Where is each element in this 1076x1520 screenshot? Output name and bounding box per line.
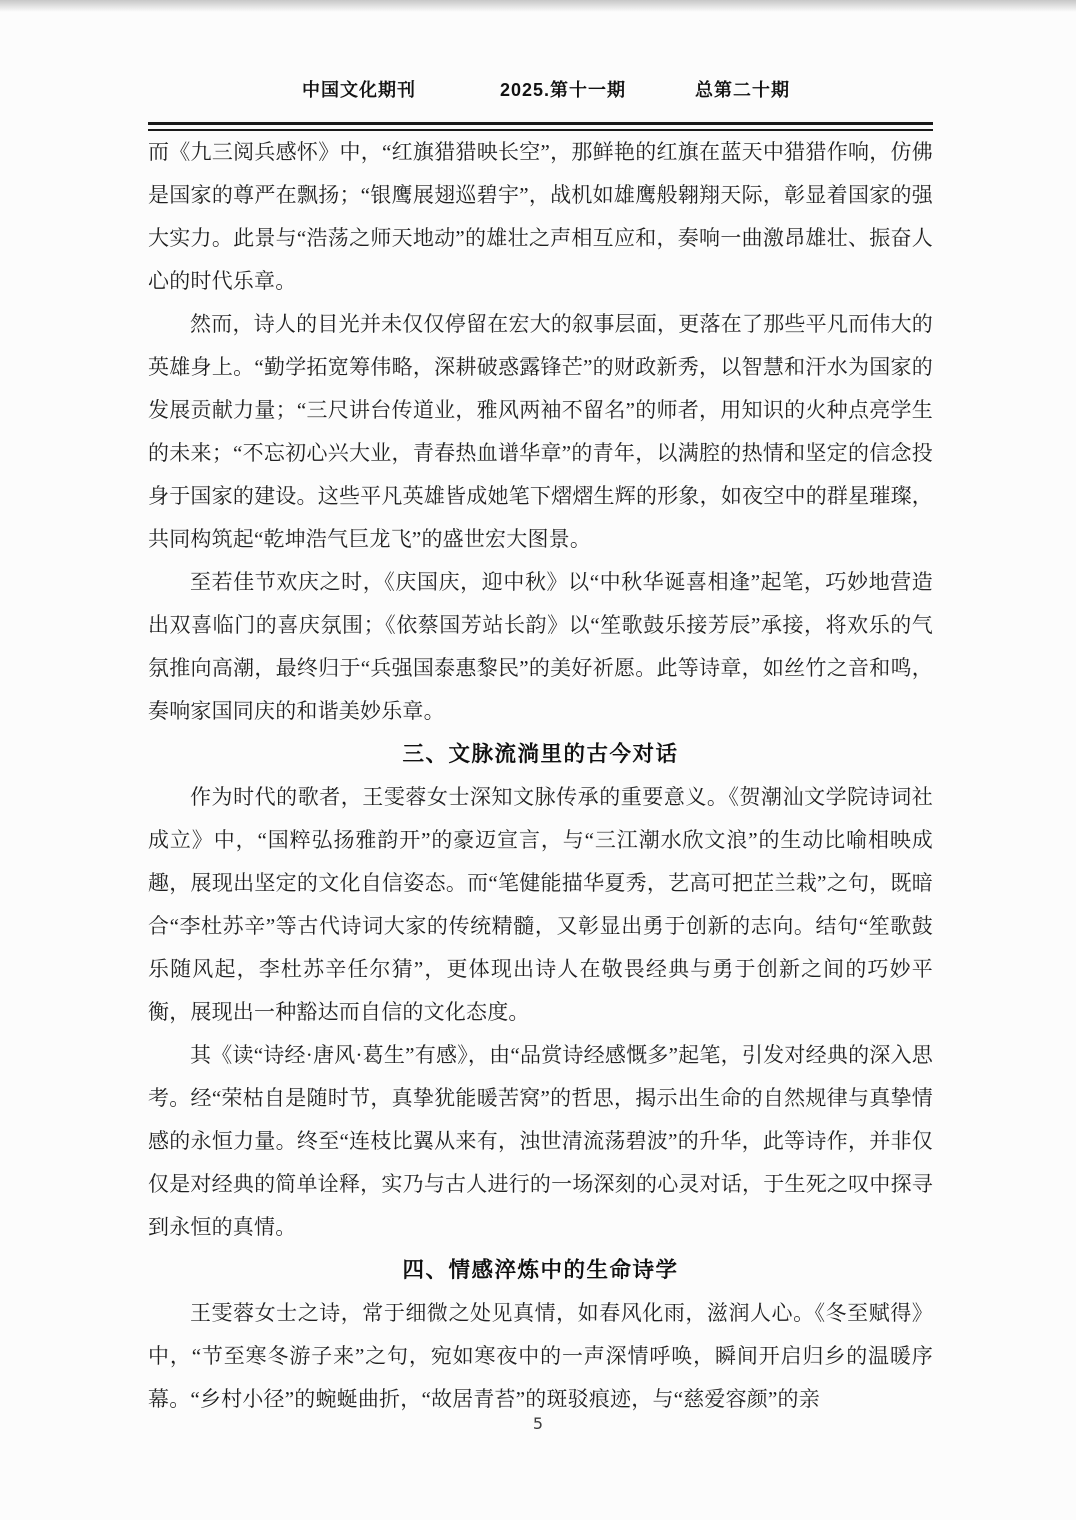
body-paragraph: 而《九三阅兵感怀》中，“红旗猎猎映长空”，那鲜艳的红旗在蓝天中猎猎作响，仿佛是国…	[148, 131, 933, 303]
volume-label: 总第二十期	[695, 76, 790, 102]
page-number: 5	[533, 1414, 543, 1433]
body-paragraph: 至若佳节欢庆之时，《庆国庆，迎中秋》以“中秋华诞喜相逢”起笔，巧妙地营造出双喜临…	[148, 561, 933, 733]
header-divider	[148, 122, 933, 131]
journal-title: 中国文化期刊	[302, 76, 416, 102]
body-paragraph: 作为时代的歌者，王雯蓉女士深知文脉传承的重要意义。《贺潮汕文学院诗词社成立》中，…	[148, 776, 933, 1034]
section-heading-four: 四、情感淬炼中的生命诗学	[148, 1249, 933, 1292]
section-heading-three: 三、文脉流淌里的古今对话	[148, 733, 933, 776]
photo-edge-strip	[0, 0, 1076, 12]
body-paragraph: 然而，诗人的目光并未仅仅停留在宏大的叙事层面，更落在了那些平凡而伟大的英雄身上。…	[148, 303, 933, 561]
body-paragraph: 王雯蓉女士之诗，常于细微之处见真情，如春风化雨，滋润人心。《冬至赋得》中，“节至…	[148, 1292, 933, 1421]
journal-page: 中国文化期刊 2025.第十一期 总第二十期 而《九三阅兵感怀》中，“红旗猎猎映…	[0, 0, 1076, 1520]
issue-label: 2025.第十一期	[500, 76, 626, 102]
body-paragraph: 其《读“诗经·唐风·葛生”有感》，由“品赏诗经感慨多”起笔，引发对经典的深入思考…	[148, 1034, 933, 1249]
journal-header: 中国文化期刊 2025.第十一期 总第二十期	[148, 76, 933, 106]
article-body: 而《九三阅兵感怀》中，“红旗猎猎映长空”，那鲜艳的红旗在蓝天中猎猎作响，仿佛是国…	[148, 131, 933, 1421]
page-footer: 5	[0, 1414, 1076, 1433]
